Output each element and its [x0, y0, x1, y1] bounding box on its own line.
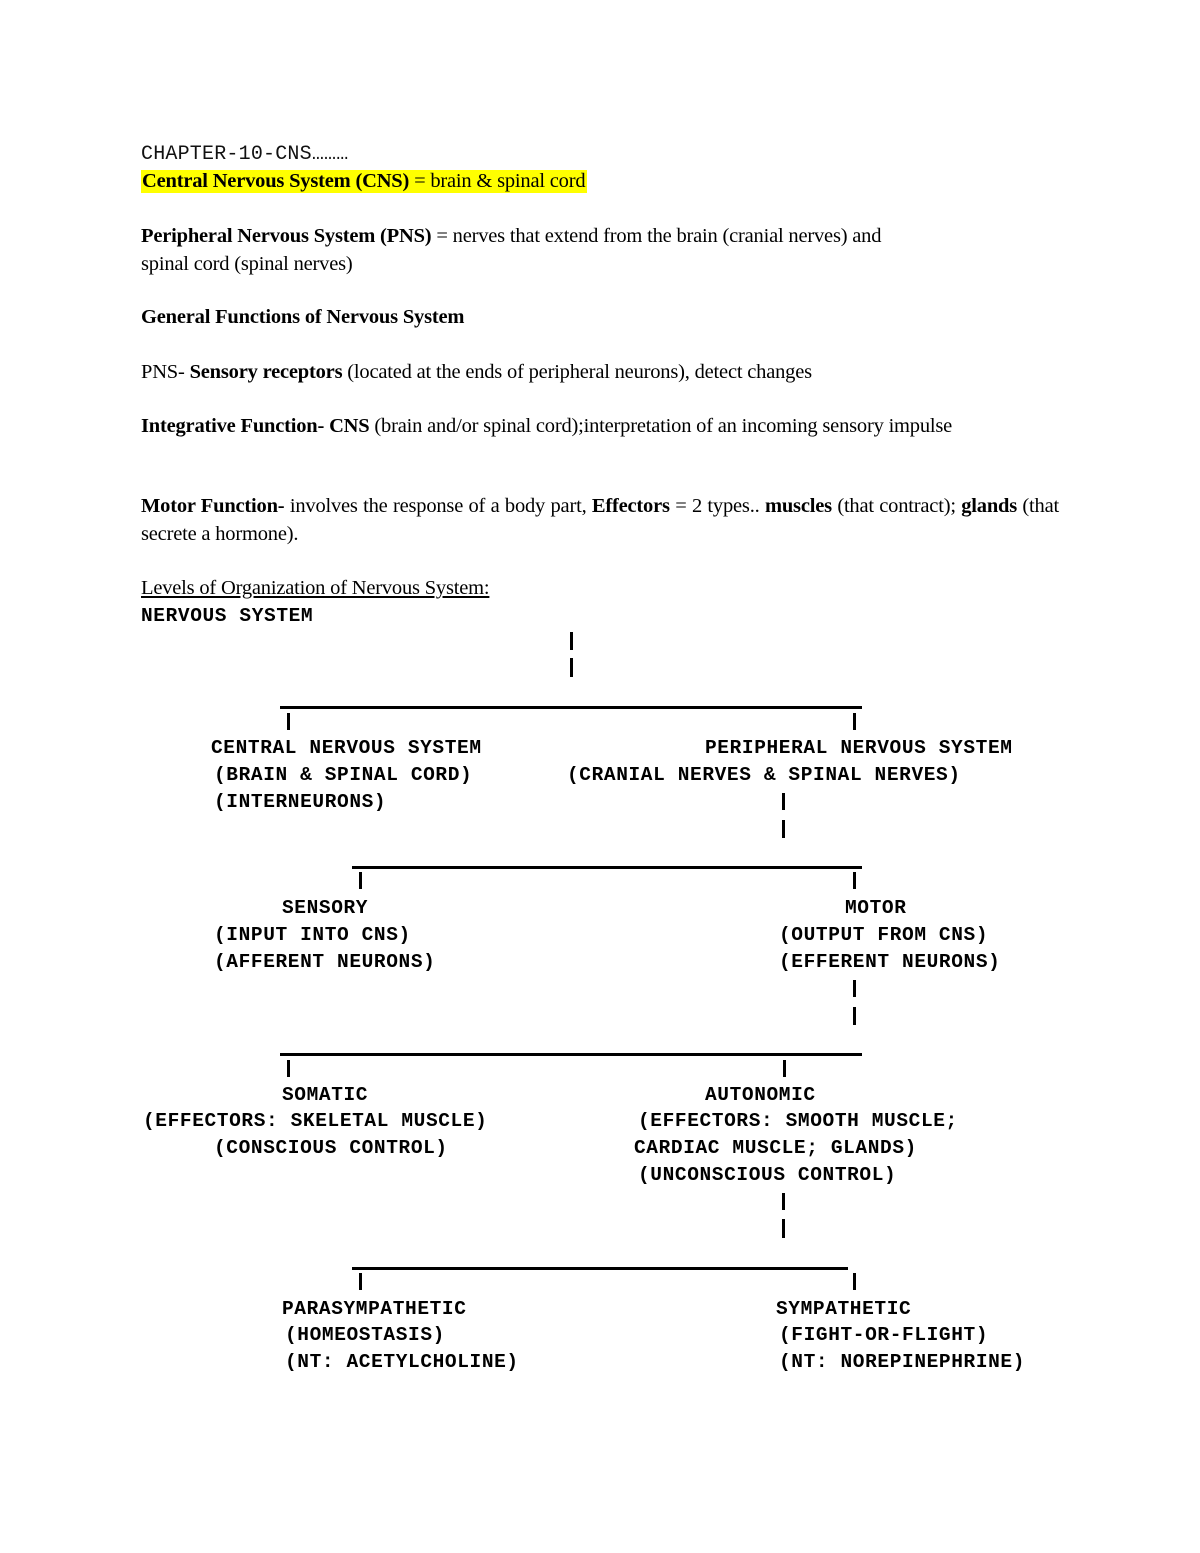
node-cns-line2: (BRAIN & SPINAL CORD) — [214, 762, 472, 789]
document-page: CHAPTER-10-CNS……… Central Nervous System… — [0, 0, 1200, 1553]
node-cns-title: CENTRAL NERVOUS SYSTEM — [211, 735, 482, 762]
motor-text-2: = 2 types.. — [670, 495, 765, 517]
connector-bar — [287, 1060, 290, 1077]
highlight-cns: Central Nervous System (CNS) = brain & s… — [141, 170, 587, 193]
sensory-function: PNS- Sensory receptors (located at the e… — [141, 358, 1059, 386]
node-parasympathetic-line3: (NT: ACETYLCHOLINE) — [285, 1349, 519, 1376]
connector-bar — [570, 658, 573, 677]
connector-bar — [853, 1273, 856, 1290]
connector-bar — [853, 872, 856, 889]
node-cns-line3: (INTERNEURONS) — [214, 789, 386, 816]
pns-term: Peripheral Nervous System (PNS) — [141, 225, 431, 247]
cns-term: Central Nervous System (CNS) — [142, 170, 409, 192]
branch-line — [352, 1267, 848, 1270]
node-parasympathetic-title: PARASYMPATHETIC — [282, 1296, 467, 1323]
muscles-term: muscles — [765, 495, 832, 517]
motor-term: Motor Function- — [141, 495, 284, 517]
motor-text-3: (that contract); — [832, 495, 961, 517]
connector-bar — [782, 820, 785, 838]
branch-line — [352, 866, 862, 869]
sensory-prefix: PNS- — [141, 361, 190, 383]
branch-line — [280, 706, 862, 709]
connector-bar — [359, 872, 362, 889]
node-sensory-line2: (INPUT INTO CNS) — [214, 922, 411, 949]
connector-bar — [853, 713, 856, 730]
node-autonomic-line4: (UNCONSCIOUS CONTROL) — [638, 1162, 896, 1189]
connector-bar — [782, 1219, 785, 1238]
connector-bar — [853, 1007, 856, 1025]
connector-bar — [783, 1060, 786, 1077]
node-motor-title: MOTOR — [845, 895, 907, 922]
cns-definition: Central Nervous System (CNS) = brain & s… — [141, 167, 1059, 195]
node-somatic-title: SOMATIC — [282, 1082, 368, 1109]
node-somatic-line3: (CONSCIOUS CONTROL) — [214, 1135, 448, 1162]
node-sympathetic-line3: (NT: NOREPINEPHRINE) — [779, 1349, 1025, 1376]
integrative-term: Integrative Function- — [141, 415, 324, 437]
node-sensory-line3: (AFFERENT NEURONS) — [214, 949, 435, 976]
connector-bar — [782, 793, 785, 810]
chapter-title: CHAPTER-10-CNS……… — [141, 143, 348, 166]
integrative-text: (brain and/or spinal cord);interpretatio… — [369, 415, 952, 437]
node-pns-line2: (CRANIAL NERVES & SPINAL NERVES) — [567, 762, 961, 789]
sensory-text: (located at the ends of peripheral neuro… — [342, 361, 812, 383]
levels-heading-text: Levels of Organization of Nervous System… — [141, 577, 489, 599]
node-autonomic-line2: (EFFECTORS: SMOOTH MUSCLE; — [638, 1108, 958, 1135]
pns-definition: Peripheral Nervous System (PNS) = nerves… — [141, 222, 1059, 278]
node-sympathetic-title: SYMPATHETIC — [776, 1296, 911, 1323]
general-functions-heading: General Functions of Nervous System — [141, 303, 1059, 331]
diagram-root: NERVOUS SYSTEM — [141, 603, 313, 630]
node-somatic-line2: (EFFECTORS: SKELETAL MUSCLE) — [143, 1108, 487, 1135]
node-autonomic-line3: CARDIAC MUSCLE; GLANDS) — [634, 1135, 917, 1162]
integrative-cns: CNS — [329, 415, 369, 437]
connector-bar — [782, 1193, 785, 1210]
glands-term: glands — [961, 495, 1017, 517]
node-pns-title: PERIPHERAL NERVOUS SYSTEM — [705, 735, 1013, 762]
integrative-function: Integrative Function- CNS (brain and/or … — [141, 412, 1059, 440]
node-sympathetic-line2: (FIGHT-OR-FLIGHT) — [779, 1322, 988, 1349]
connector-bar — [853, 980, 856, 997]
connector-bar — [287, 713, 290, 730]
levels-heading: Levels of Organization of Nervous System… — [141, 574, 1059, 602]
connector-bar — [359, 1273, 362, 1290]
motor-text-1: involves the response of a body part, — [284, 495, 591, 517]
node-sensory-title: SENSORY — [282, 895, 368, 922]
cns-definition-text: = brain & spinal cord — [409, 170, 585, 192]
node-motor-line3: (EFFERENT NEURONS) — [779, 949, 1000, 976]
effectors-term: Effectors — [592, 495, 670, 517]
branch-line — [280, 1053, 862, 1056]
node-motor-line2: (OUTPUT FROM CNS) — [779, 922, 988, 949]
node-autonomic-title: AUTONOMIC — [705, 1082, 816, 1109]
connector-bar — [570, 632, 573, 650]
motor-function: Motor Function- involves the response of… — [141, 492, 1059, 548]
node-parasympathetic-line2: (HOMEOSTASIS) — [285, 1322, 445, 1349]
general-functions-heading-text: General Functions of Nervous System — [141, 306, 464, 328]
pns-definition-text-2: spinal cord (spinal nerves) — [141, 253, 353, 275]
sensory-term: Sensory receptors — [190, 361, 343, 383]
pns-definition-text-1: = nerves that extend from the brain (cra… — [431, 225, 881, 247]
